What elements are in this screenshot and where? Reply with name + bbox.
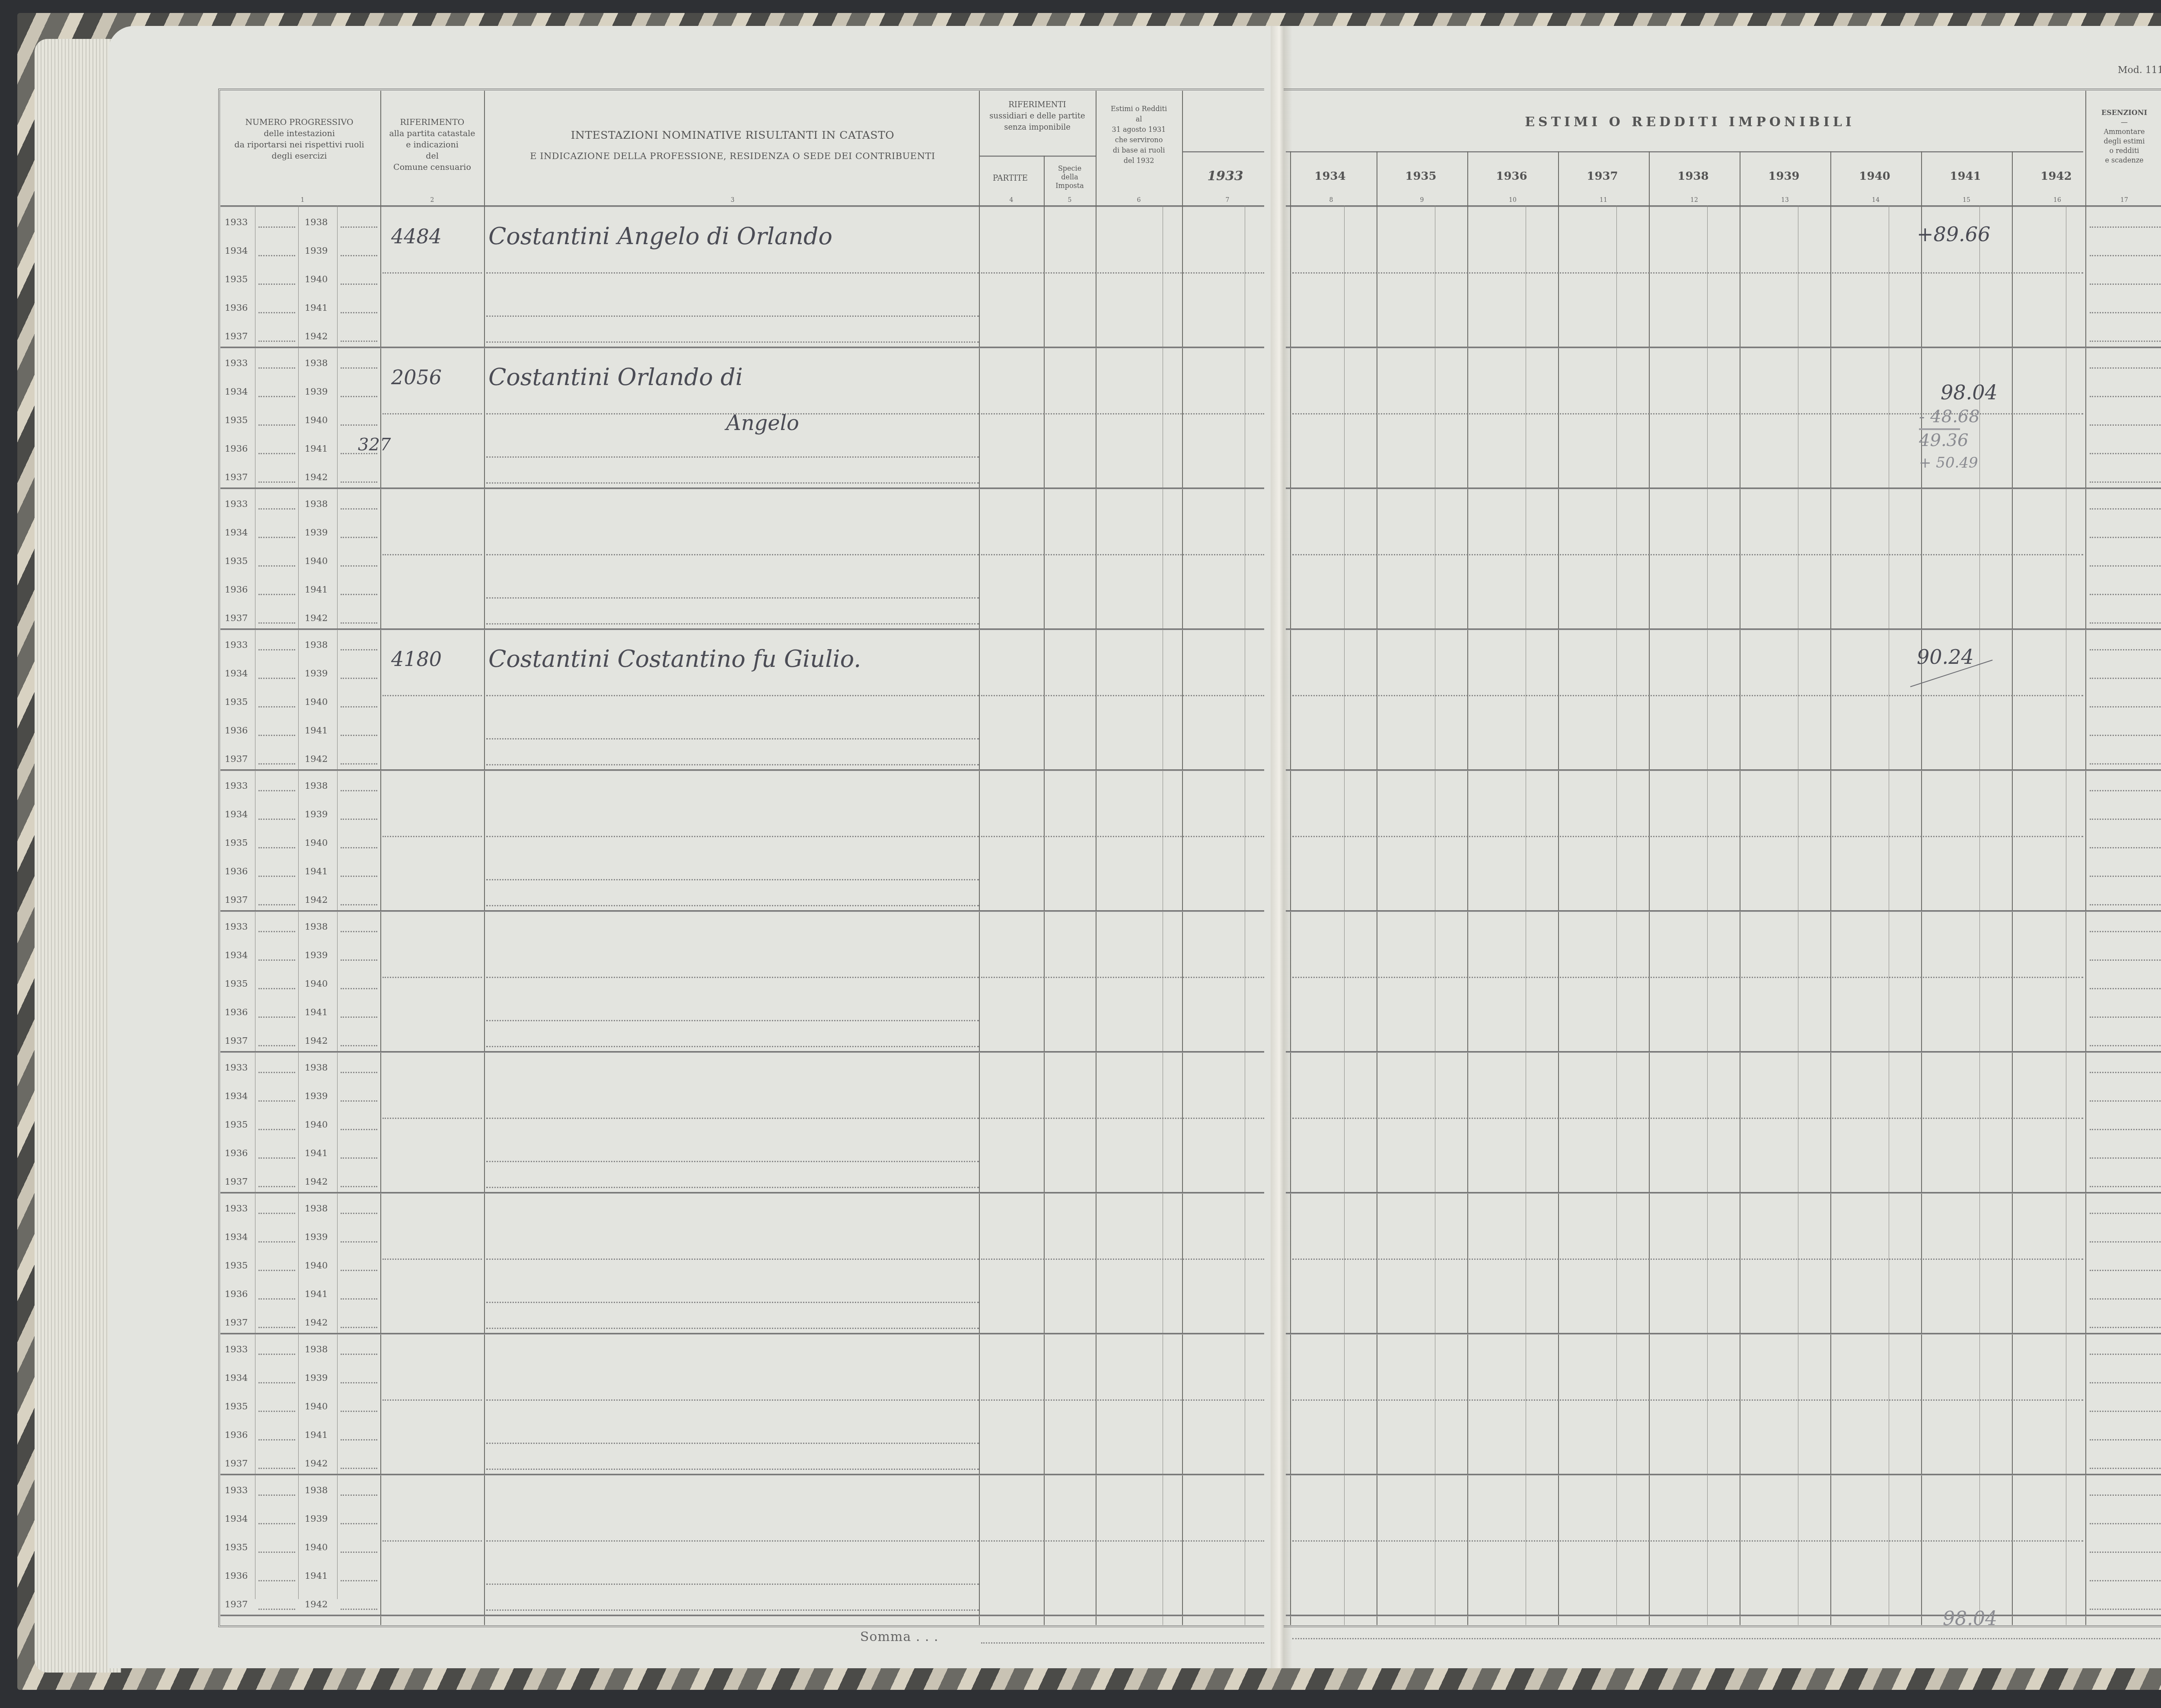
year-label: 1939: [305, 527, 328, 538]
esenzioni-dotted-rule: [2090, 367, 2161, 369]
year-label: 1933: [225, 1344, 248, 1354]
name-dotted-rule: [486, 1540, 979, 1542]
year-header-1936: 1936: [1467, 171, 1556, 182]
taxpayer-name-line2: Angelo: [726, 411, 799, 435]
year-dotted-rule: [258, 594, 295, 595]
entry-separator: [220, 910, 1264, 912]
column-divider: [1182, 91, 1183, 1625]
amount-dotted-rule: [1292, 1118, 2083, 1119]
year-dotted-rule: [258, 1072, 295, 1073]
year-label: 1940: [305, 1401, 328, 1412]
year-column-divider: [1830, 151, 1831, 1625]
year-dotted-rule: [341, 1100, 377, 1102]
year-dotted-rule: [341, 1552, 377, 1553]
year-dotted-rule: [341, 1270, 377, 1271]
cents-divider: [1889, 205, 1889, 1625]
year-dotted-rule: [341, 1298, 377, 1300]
column-divider: [1096, 91, 1096, 1625]
year-label: 1941: [305, 866, 328, 876]
esenzioni-dotted-rule: [2090, 537, 2161, 538]
esenzioni-dotted-rule: [2090, 508, 2161, 510]
year-dotted-rule: [258, 1045, 295, 1046]
year-dotted-rule: [258, 1580, 295, 1581]
subtraction-rule: [1919, 428, 1960, 430]
amount-dotted-rule: [1292, 695, 2083, 696]
esenzioni-dotted-rule: [2090, 1100, 2161, 1102]
amount-dotted-rule: [981, 977, 1264, 978]
year-header-1935: 1935: [1377, 171, 1465, 182]
year-label: 1937: [225, 1599, 248, 1609]
somma-rule: [1292, 1638, 2161, 1639]
year-dotted-rule: [258, 706, 295, 707]
entry-separator: [1286, 628, 2161, 630]
cents-divider: [1616, 205, 1617, 1625]
cents-divider: [1435, 205, 1435, 1625]
esenzioni-dotted-rule: [2090, 904, 2161, 905]
name-dotted-rule: [486, 1328, 979, 1329]
year-dotted-rule: [341, 1494, 377, 1496]
amount-dotted-rule: [981, 1118, 1264, 1119]
name-dotted-rule: [486, 1399, 979, 1401]
year-label: 1940: [305, 838, 328, 848]
year-dotted-rule: [258, 1129, 295, 1130]
calculation-line: + 50.49: [1919, 454, 1978, 472]
year-label: 1938: [305, 217, 328, 227]
year-dotted-rule: [341, 819, 377, 820]
name-dotted-rule: [486, 905, 979, 906]
partite-header: PARTITE: [979, 173, 1042, 184]
esenzioni-dotted-rule: [2090, 312, 2161, 313]
year-dotted-rule: [258, 790, 295, 791]
partita-dotted-rule: [382, 1540, 482, 1542]
entry-separator: [220, 1192, 1264, 1194]
year-label: 1933: [225, 1062, 248, 1073]
esenzioni-dotted-rule: [2090, 649, 2161, 650]
amount-dotted-rule: [1292, 554, 2083, 555]
year-label: 1936: [225, 584, 248, 595]
year-label: 1937: [225, 895, 248, 905]
year-header-1937: 1937: [1558, 171, 1647, 182]
year-dotted-rule: [341, 255, 377, 256]
entry-separator: [220, 1474, 1264, 1475]
year-label: 1942: [305, 1317, 328, 1328]
year-dotted-rule: [258, 481, 295, 483]
name-dotted-rule: [486, 315, 979, 317]
year-dotted-rule: [258, 312, 295, 313]
year-label: 1942: [305, 331, 328, 341]
year-dotted-rule: [258, 226, 295, 228]
riferimenti-header: RIFERIMENTI sussidiari e delle partite s…: [979, 99, 1096, 133]
esenzioni-dotted-rule: [2090, 1186, 2161, 1187]
year-dotted-rule: [258, 1609, 295, 1610]
name-dotted-rule: [486, 836, 979, 837]
esenzioni-dotted-rule: [2090, 678, 2161, 679]
estimi-title: ESTIMI O REDDITI IMPONIBILI: [1297, 117, 2083, 128]
right-page-inner-edge: [1290, 151, 1291, 1625]
year-label: 1936: [225, 1571, 248, 1581]
year-dotted-rule: [341, 735, 377, 736]
year-label: 1940: [305, 978, 328, 989]
year-dotted-rule: [258, 367, 295, 369]
year-dotted-rule: [258, 1468, 295, 1469]
esenzioni-divider: [2085, 91, 2086, 1625]
year-label: 1933: [225, 358, 248, 368]
year-dotted-rule: [341, 594, 377, 595]
entry-separator: [1286, 347, 2161, 348]
column-number: 16: [2053, 197, 2062, 204]
year-label: 1934: [225, 1514, 248, 1524]
col1-header: NUMERO PROGRESSIVO delle intestazioni da…: [220, 117, 378, 162]
year-label: 1935: [225, 1260, 248, 1271]
year-dotted-rule: [341, 341, 377, 342]
year-label: 1937: [225, 613, 248, 623]
name-dotted-rule: [486, 1302, 979, 1303]
year-label: 1936: [225, 1148, 248, 1158]
name-dotted-rule: [486, 623, 979, 625]
amount-dotted-rule: [981, 1540, 1264, 1542]
year-label: 1938: [305, 921, 328, 932]
amount-dotted-rule: [1292, 1540, 2083, 1542]
year-dotted-rule: [341, 1580, 377, 1581]
esenzioni-dotted-rule: [2090, 1468, 2161, 1469]
column-number: 13: [1781, 197, 1789, 204]
year-dotted-rule: [341, 508, 377, 510]
year-dotted-rule: [258, 424, 295, 426]
amount-dotted-rule: [1292, 272, 2083, 274]
year-dotted-rule: [341, 1213, 377, 1214]
year-dotted-rule: [258, 396, 295, 397]
year-label: 1941: [305, 725, 328, 736]
column-number: 10: [1508, 197, 1517, 204]
year-dotted-rule: [341, 1017, 377, 1018]
year-label: 1933: [225, 781, 248, 791]
year-dotted-rule: [341, 1072, 377, 1073]
year-label: 1933: [225, 921, 248, 932]
column-number: 15: [1962, 197, 1971, 204]
partita-dotted-rule: [382, 1399, 482, 1401]
header-rule-left: [220, 205, 1264, 207]
year-dotted-rule: [258, 537, 295, 538]
year-label: 1938: [305, 499, 328, 509]
year-label: 1937: [225, 1176, 248, 1187]
year-label: 1936: [225, 1007, 248, 1017]
amount-1941: 98.04: [1941, 381, 1998, 404]
name-dotted-rule: [486, 1443, 979, 1444]
year-dotted-rule: [341, 1468, 377, 1469]
year-label: 1935: [225, 556, 248, 566]
year-column-divider: [1649, 151, 1650, 1625]
year-dotted-rule: [341, 988, 377, 989]
entry-separator: [1286, 910, 2161, 912]
partita-dotted-rule: [382, 1259, 482, 1260]
year-label: 1941: [305, 584, 328, 595]
year-label: 1938: [305, 1062, 328, 1073]
esenzioni-dotted-rule: [2090, 1298, 2161, 1300]
year-label: 1935: [225, 838, 248, 848]
year-dotted-rule: [258, 255, 295, 256]
year-label: 1934: [225, 1232, 248, 1242]
year-label: 1940: [305, 1542, 328, 1552]
entry-separator: [220, 1615, 1264, 1616]
name-dotted-rule: [486, 695, 979, 696]
esenzioni-dotted-rule: [2090, 1129, 2161, 1130]
esenzioni-dotted-rule: [2090, 819, 2161, 820]
year-dotted-rule: [341, 481, 377, 483]
year-label: 1937: [225, 1317, 248, 1328]
year-dotted-rule: [341, 1045, 377, 1046]
year-label: 1939: [305, 809, 328, 819]
year-label: 1933: [225, 1203, 248, 1214]
cents-divider: [1163, 205, 1163, 1625]
cents-divider: [1344, 205, 1345, 1625]
esenzioni-dotted-rule: [2090, 1327, 2161, 1328]
name-dotted-rule: [486, 764, 979, 765]
taxpayer-name: Costantini Costantino fu Giulio.: [488, 645, 861, 672]
year-label: 1934: [225, 668, 248, 679]
year-label: 1935: [225, 978, 248, 989]
col2-header: RIFERIMENTO alla partita catastale e ind…: [380, 117, 484, 173]
year-label: 1934: [225, 527, 248, 538]
name-dotted-rule: [486, 879, 979, 880]
year-dotted-rule: [341, 284, 377, 285]
year-subcolumn-divider: [337, 205, 338, 1599]
year-label: 1939: [305, 1373, 328, 1383]
year-label: 1935: [225, 1401, 248, 1412]
name-dotted-rule: [486, 1118, 979, 1119]
year-header-1941: 1941: [1921, 171, 2010, 182]
year-dotted-rule: [341, 622, 377, 624]
partita-dotted-rule: [382, 977, 482, 978]
column-number: 12: [1690, 197, 1699, 204]
partita-dotted-rule: [382, 272, 482, 274]
year-dotted-rule: [341, 931, 377, 932]
year-dotted-rule: [341, 1241, 377, 1243]
year-header-1934: 1934: [1286, 171, 1374, 182]
name-dotted-rule: [486, 977, 979, 978]
year-dotted-rule: [341, 1382, 377, 1383]
name-dotted-rule: [486, 482, 979, 484]
year-dotted-rule: [341, 904, 377, 905]
esenzioni-dotted-rule: [2090, 396, 2161, 397]
year-subcolumn-divider: [298, 205, 299, 1599]
year-label: 1934: [225, 1091, 248, 1101]
year-dotted-rule: [258, 1552, 295, 1553]
year-label: 1937: [225, 1036, 248, 1046]
somma-1941-value: 98.04: [1943, 1608, 1997, 1630]
esenzioni-dotted-rule: [2090, 931, 2161, 932]
year-label: 1934: [225, 809, 248, 819]
year-label: 1935: [225, 697, 248, 707]
year-dotted-rule: [258, 876, 295, 877]
entry-separator: [220, 1333, 1264, 1335]
amount-dotted-rule: [981, 1259, 1264, 1260]
year-header-1942: 1942: [2012, 171, 2100, 182]
year-dotted-rule: [258, 284, 295, 285]
calculation-line: - 48.68: [1919, 407, 1980, 427]
column-divider: [484, 91, 485, 1625]
entry-separator: [1286, 488, 2161, 489]
year-label: 1942: [305, 1036, 328, 1046]
year-label: 1939: [305, 668, 328, 679]
year-label: 1933: [225, 1485, 248, 1495]
year-dotted-rule: [341, 847, 377, 848]
side-reference: 327: [358, 435, 391, 455]
name-dotted-rule: [486, 1469, 979, 1470]
esenzioni-dotted-rule: [2090, 341, 2161, 342]
year-label: 1940: [305, 697, 328, 707]
year-dotted-rule: [258, 1494, 295, 1496]
year-label: 1938: [305, 781, 328, 791]
name-dotted-rule: [486, 341, 979, 343]
esenzioni-dotted-rule: [2090, 1157, 2161, 1159]
entry-separator: [1286, 1615, 2161, 1616]
esenzioni-dotted-rule: [2090, 706, 2161, 707]
name-dotted-rule: [486, 272, 979, 274]
name-dotted-rule: [486, 597, 979, 599]
name-dotted-rule: [486, 1046, 979, 1047]
year-label: 1938: [305, 1344, 328, 1354]
name-dotted-rule: [486, 1584, 979, 1585]
ledger-frame-right: [1284, 89, 2161, 1627]
esenzioni-dotted-rule: [2090, 255, 2161, 256]
name-dotted-rule: [486, 1020, 979, 1021]
entry-separator: [220, 488, 1264, 489]
year-label: 1942: [305, 613, 328, 623]
year-dotted-rule: [341, 1157, 377, 1159]
year-dotted-rule: [341, 959, 377, 961]
amount-dotted-rule: [1292, 836, 2083, 837]
year-dotted-rule: [258, 1327, 295, 1328]
esenzioni-dotted-rule: [2090, 481, 2161, 483]
year-label: 1941: [305, 1007, 328, 1017]
year-label: 1942: [305, 895, 328, 905]
year-label: 1942: [305, 754, 328, 764]
year-dotted-rule: [341, 312, 377, 313]
entry-separator: [1286, 1333, 2161, 1335]
calculation-line: 49.36: [1919, 430, 1969, 450]
year-dotted-rule: [258, 1213, 295, 1214]
year-label: 1941: [305, 443, 328, 454]
year-header-1940: 1940: [1830, 171, 1919, 182]
year-dotted-rule: [258, 931, 295, 932]
esenzioni-dotted-rule: [2090, 847, 2161, 848]
name-dotted-rule: [486, 1609, 979, 1611]
entry-separator: [220, 1051, 1264, 1053]
year-dotted-rule: [258, 988, 295, 989]
year-label: 1935: [225, 415, 248, 425]
year-column-divider: [1740, 151, 1740, 1625]
year-dotted-rule: [341, 565, 377, 567]
year-header-1933: 1933: [1184, 171, 1266, 182]
cents-divider: [1526, 205, 1526, 1625]
esenzioni-dotted-rule: [2090, 1270, 2161, 1271]
year-dotted-rule: [258, 1411, 295, 1412]
esenzioni-dotted-rule: [2090, 1523, 2161, 1524]
year-dotted-rule: [341, 706, 377, 707]
esenzioni-dotted-rule: [2090, 594, 2161, 595]
year-dotted-rule: [258, 904, 295, 905]
year-dotted-rule: [258, 1017, 295, 1018]
year-label: 1940: [305, 556, 328, 566]
year-dotted-rule: [341, 1186, 377, 1187]
esenzioni-dotted-rule: [2090, 1411, 2161, 1412]
amount-1941: 90.24: [1917, 645, 1974, 669]
column-number: 8: [1327, 197, 1335, 204]
esenzioni-dotted-rule: [2090, 424, 2161, 426]
year-dotted-rule: [341, 226, 377, 228]
year-dotted-rule: [258, 735, 295, 736]
year-label: 1936: [225, 1430, 248, 1440]
column-divider: [979, 91, 980, 1625]
ledger-frame-left: [218, 89, 1264, 1627]
year-label: 1940: [305, 415, 328, 425]
year-header-1938: 1938: [1649, 171, 1737, 182]
year-dotted-rule: [258, 341, 295, 342]
partita-number: 4180: [391, 647, 442, 671]
taxpayer-name: Costantini Angelo di Orlando: [488, 223, 832, 250]
year-dotted-rule: [258, 678, 295, 679]
year-label: 1942: [305, 472, 328, 482]
year-column-divider: [1467, 151, 1468, 1625]
esenzioni-dotted-rule: [2090, 959, 2161, 961]
column-divider: [380, 91, 381, 1625]
year-label: 1936: [225, 866, 248, 876]
riferimenti-subrule: [979, 156, 1096, 157]
amount-dotted-rule: [981, 1399, 1264, 1401]
year-dotted-rule: [341, 1354, 377, 1355]
entry-separator: [220, 628, 1264, 630]
esenzioni-dotted-rule: [2090, 735, 2161, 736]
column-number: 11: [1599, 197, 1608, 204]
amount-dotted-rule: [981, 836, 1264, 837]
esenzioni-dotted-rule: [2090, 763, 2161, 765]
name-dotted-rule: [486, 456, 979, 458]
name-dotted-rule: [486, 738, 979, 739]
column-number: 9: [1418, 197, 1426, 204]
year-dotted-rule: [258, 1382, 295, 1383]
amount-dotted-rule: [1292, 1399, 2083, 1401]
entry-separator: [220, 347, 1264, 348]
year-label: 1941: [305, 1571, 328, 1581]
entry-separator: [1286, 1192, 2161, 1194]
year-dotted-rule: [341, 1609, 377, 1610]
year-subrule-left: [1182, 151, 1264, 153]
year-label: 1941: [305, 1289, 328, 1299]
year-label: 1936: [225, 1289, 248, 1299]
year-label: 1935: [225, 1542, 248, 1552]
amount-dotted-rule: [981, 272, 1264, 274]
year-label: 1934: [225, 386, 248, 397]
year-label: 1938: [305, 1485, 328, 1495]
year-dotted-rule: [341, 649, 377, 650]
somma-rule: [981, 1642, 1264, 1644]
esenzioni-dotted-rule: [2090, 988, 2161, 989]
amount-dotted-rule: [1292, 977, 2083, 978]
year-label: 1940: [305, 274, 328, 284]
year-label: 1939: [305, 245, 328, 256]
year-label: 1941: [305, 1148, 328, 1158]
year-dotted-rule: [258, 565, 295, 567]
year-label: 1936: [225, 303, 248, 313]
esenzioni-dotted-rule: [2090, 453, 2161, 454]
amount-dotted-rule: [981, 413, 1264, 414]
partita-dotted-rule: [382, 554, 482, 555]
year-dotted-rule: [341, 876, 377, 877]
esenzioni-dotted-rule: [2090, 1045, 2161, 1046]
year-dotted-rule: [258, 1270, 295, 1271]
year-dotted-rule: [341, 1129, 377, 1130]
year-column-divider: [2012, 151, 2013, 1625]
